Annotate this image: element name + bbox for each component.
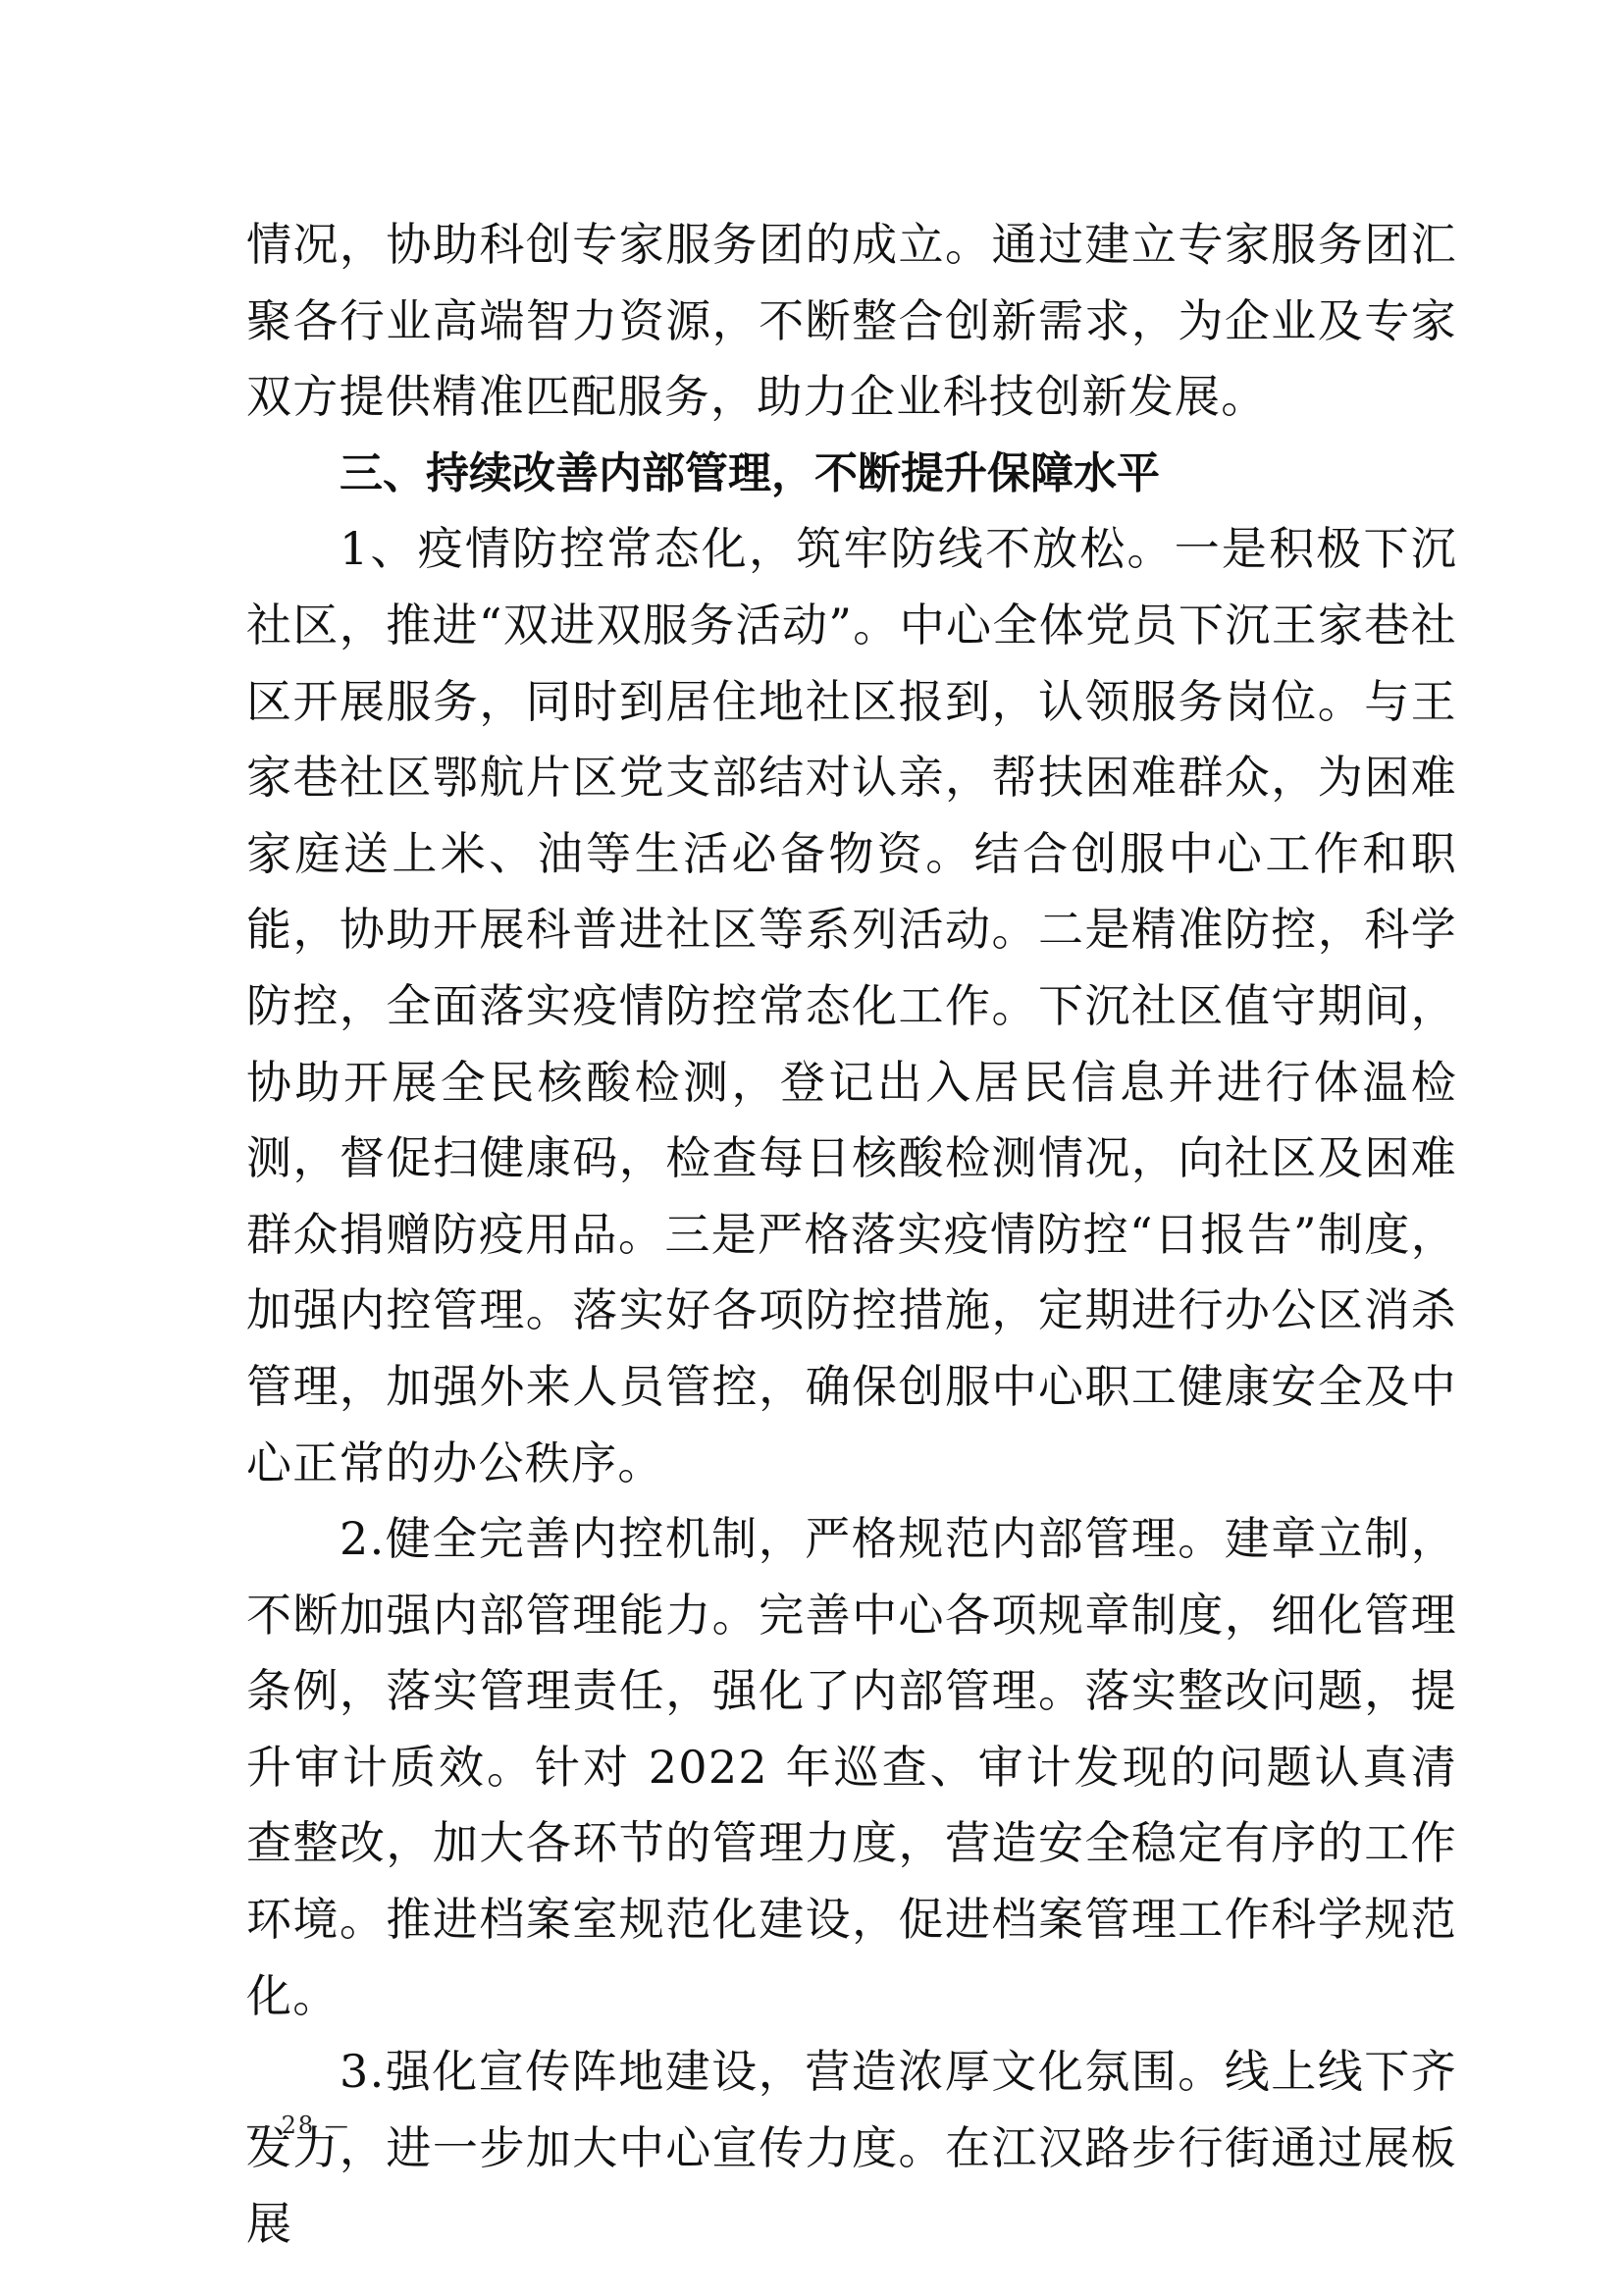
document-page: 情况，协助科创专家服务团的成立。通过建立专家服务团汇聚各行业高端智力资源，不断整… (246, 207, 1457, 2263)
paragraph-internal-control: 2.健全完善内控机制，严格规范内部管理。建章立制，不断加强内部管理能力。完善中心… (246, 1501, 1457, 2034)
paragraph-publicity: 3.强化宣传阵地建设，营造浓厚文化氛围。线上线下齐发力，进一步加大中心宣传力度。… (246, 2034, 1457, 2263)
page-number: — 28 — (246, 2112, 350, 2139)
paragraph-epidemic-control: 1、疫情防控常态化，筑牢防线不放松。一是积极下沉社区，推进“双进双服务活动”。中… (246, 511, 1457, 1501)
section-heading: 三、持续改善内部管理，不断提升保障水平 (246, 436, 1457, 512)
paragraph-continuation: 情况，协助科创专家服务团的成立。通过建立专家服务团汇聚各行业高端智力资源，不断整… (246, 207, 1457, 436)
